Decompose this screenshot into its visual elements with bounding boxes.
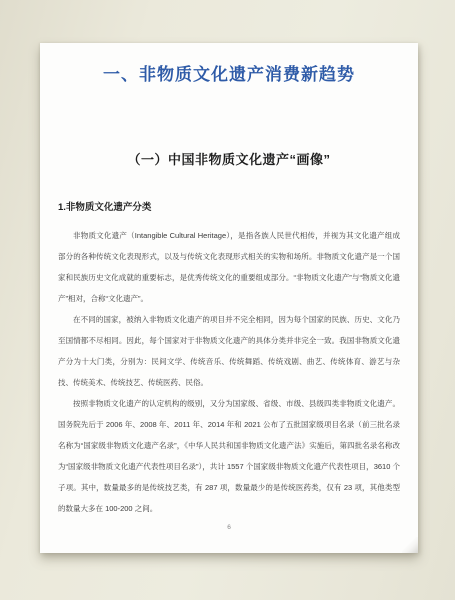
document-page: 一、非物质文化遗产消费新趋势 （一）中国非物质文化遗产“画像” 1.非物质文化遗… bbox=[40, 43, 418, 553]
page-number: 6 bbox=[40, 524, 418, 531]
paragraph-classification: 在不同的国家，被纳入非物质文化遗产的项目并不完全相同，因为每个国家的民族、历史、… bbox=[58, 309, 400, 393]
document-title: 一、非物质文化遗产消费新趋势 bbox=[58, 60, 400, 85]
paragraph-definition: 非物质文化遗产（Intangible Cultural Heritage），是指… bbox=[58, 225, 400, 309]
page-curl-decoration bbox=[402, 537, 418, 553]
subsection-heading: 1.非物质文化遗产分类 bbox=[58, 199, 400, 213]
section-heading: （一）中国非物质文化遗产“画像” bbox=[58, 149, 400, 168]
body-text: 非物质文化遗产（Intangible Cultural Heritage），是指… bbox=[58, 225, 400, 519]
paragraph-national-list: 按照非物质文化遗产的认定机构的级别，又分为国家级、省级、市级、县级四类非物质文化… bbox=[58, 393, 400, 519]
